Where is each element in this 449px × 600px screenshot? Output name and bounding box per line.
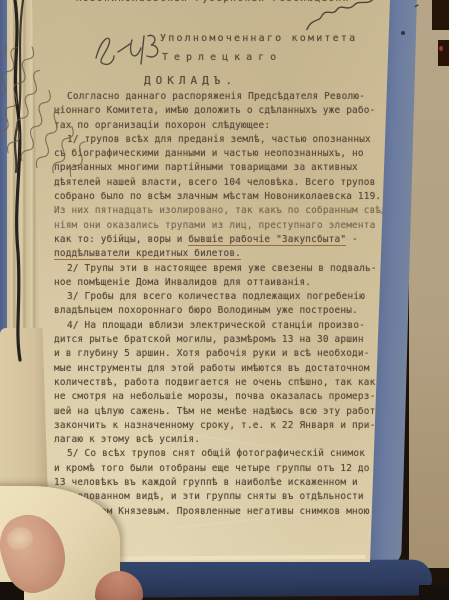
underlined-text: поддѣлыватели кредитных билетов. xyxy=(54,248,241,260)
typed-line: ное помѣщеніе Дома Инвалидов для оттаива… xyxy=(54,276,394,290)
addressee-name: Терлецкаго xyxy=(162,52,282,63)
typed-line: владѣльцем похороннаго бюро Володиным уж… xyxy=(54,304,394,318)
cardboard-backing xyxy=(409,0,449,568)
typed-text: - xyxy=(346,234,358,245)
addressee-line: Уполномоченнаго комитета xyxy=(160,33,357,44)
typed-line-underlined: поддѣлыватели кредитных билетов. xyxy=(54,247,394,261)
photo-of-archival-document: Новониколаевскій Губернскій Революціонн … xyxy=(0,0,449,600)
typed-line: и кромѣ того были отобраны еще четыре гр… xyxy=(54,462,394,476)
typed-line: 4/ На площади вблизи электрической станц… xyxy=(54,319,394,333)
typed-line: 13 человѣкъ въ каждой группѣ в наиболѣе … xyxy=(54,476,394,490)
thumbnail xyxy=(4,524,36,553)
typed-line: не смотря на небольшіе морозы, почва ока… xyxy=(54,390,394,404)
red-mark xyxy=(439,46,443,51)
typed-line: закончить к назначенному сроку, т.е. к 2… xyxy=(54,419,394,433)
handwritten-annotation xyxy=(298,0,438,30)
background-gap-bottom-right xyxy=(419,585,449,600)
typed-line: мые инструменты для этой работы имѣются … xyxy=(54,362,394,376)
underlined-text: бывшіе рабочіе "Закупсбыта" xyxy=(188,234,346,246)
speck-on-cover xyxy=(401,31,405,35)
typed-line: изуродованном видѣ, и эти группы сняты в… xyxy=(54,490,394,504)
typed-line: 5/ Со всѣх трупов снят общій фотографиче… xyxy=(54,447,394,461)
typed-line: 3/ Гробы для всего количества подлежащих… xyxy=(54,290,394,304)
typed-line: шей на цѣлую сажень. Тѣм не менѣе надѣюс… xyxy=(54,405,394,419)
typed-line: и в глубину 5 аршин. Хотя рабочія руки и… xyxy=(54,347,394,361)
handwritten-mark xyxy=(84,26,164,76)
background-gap-right xyxy=(438,40,449,66)
typed-line: количествѣ, работа подвигается не очень … xyxy=(54,376,394,390)
typed-line: 2/ Трупы эти в настоящее время уже свезе… xyxy=(54,262,394,276)
typed-line: дится рытье братской могилы, размѣромъ 1… xyxy=(54,333,394,347)
